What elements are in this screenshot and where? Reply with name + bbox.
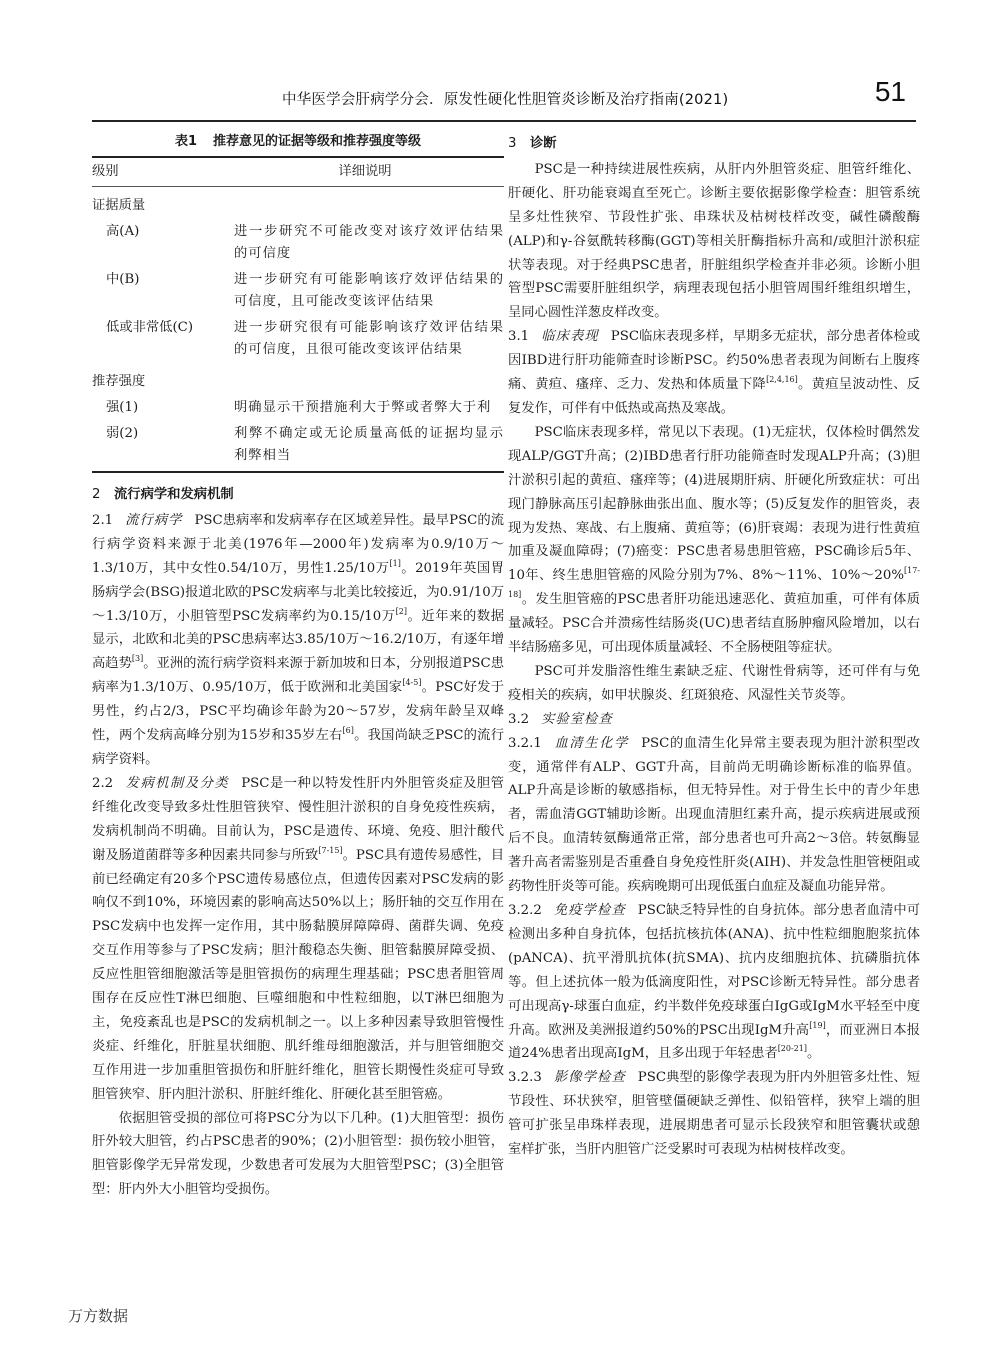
paragraph-classification: 依据胆管受损的部位可将PSC分为以下几种。(1)大胆管型：损伤肝外较大胆管，约占…: [92, 1107, 504, 1203]
table-group-row: 证据质量: [92, 187, 504, 220]
group-recommendation-strength: 推荐强度: [92, 363, 504, 395]
paragraph-3-intro: PSC是一种持续进展性疾病，从肝内外胆管炎症、胆管纤维化、肝硬化、肝功能衰竭直至…: [508, 158, 920, 325]
table-caption: 表1推荐意见的证据等级和推荐强度等级: [92, 132, 504, 152]
citation: [1]: [389, 559, 400, 568]
paragraph-3-1-symptoms: PSC临床表现多样，常见以下表现。(1)无症状，仅体检时偶然发现ALP/GGT升…: [508, 421, 920, 660]
page-number: 51: [875, 76, 906, 108]
section-heading-3: 3诊断: [508, 132, 920, 156]
level-cell: 强(1): [92, 395, 226, 421]
description-cell: 进一步研究有可能影响该疗效评估结果的可信度，且可能改变该评估结果: [226, 267, 504, 315]
level-cell: 低或非常低(C): [92, 315, 226, 363]
paragraph-3-2-3: 3.2.3影像学检查PSC典型的影像学表现为肝内外胆管多灶性、短节段性、环状狭窄…: [508, 1066, 920, 1162]
subheading-3-2: 3.2实验室检查: [508, 708, 920, 732]
citation: [3]: [132, 654, 143, 663]
citation: [20-21]: [778, 1044, 807, 1053]
table-number: 表1: [175, 134, 197, 149]
paragraph-2-1: 2.1流行病学PSC患病率和发病率存在区域差异性。最早PSC的流行病学资料来源于…: [92, 509, 504, 772]
watermark: 万方数据: [68, 1305, 128, 1326]
table-row: 强(1) 明确显示干预措施利大于弊或者弊大于利: [92, 395, 504, 421]
level-cell: 弱(2): [92, 421, 226, 472]
group-evidence-quality: 证据质量: [92, 187, 504, 220]
citation: [6]: [343, 726, 354, 735]
left-column: 表1推荐意见的证据等级和推荐强度等级 级别 详细说明 证据质量 高(A) 进一步…: [92, 132, 504, 1202]
section-heading-2: 2流行病学和发病机制: [92, 483, 504, 507]
description-cell: 进一步研究很有可能影响该疗效评估结果的可信度，且很可能改变该评估结果: [226, 315, 504, 363]
paragraph-2-2: 2.2发病机制及分类PSC是一种以特发性肝内外胆管炎症及胆管纤维化改变导致多灶性…: [92, 772, 504, 1107]
citation: [19]: [809, 1021, 825, 1030]
paragraph-3-2-1: 3.2.1血清生化学PSC的血清生化异常主要表现为胆汁淤积型改变，通常伴有ALP…: [508, 732, 920, 899]
table-row: 弱(2) 利弊不确定或无论质量高低的证据均显示利弊相当: [92, 421, 504, 472]
table-row: 高(A) 进一步研究不可能改变对该疗效评估结果的可信度: [92, 219, 504, 267]
table-row: 低或非常低(C) 进一步研究很有可能影响该疗效评估结果的可信度，且很可能改变该评…: [92, 315, 504, 363]
citation: [2]: [396, 607, 407, 616]
paragraph-3-1-complications: PSC可并发脂溶性维生素缺乏症、代谢性骨病等，还可伴有与免疫相关的疾病，如甲状腺…: [508, 660, 920, 708]
running-title: 中华医学会肝病学分会．原发性硬化性胆管炎诊断及治疗指南(2021): [282, 88, 728, 109]
description-cell: 利弊不确定或无论质量高低的证据均显示利弊相当: [226, 421, 504, 472]
table-row: 中(B) 进一步研究有可能影响该疗效评估结果的可信度，且可能改变该评估结果: [92, 267, 504, 315]
table-group-row: 推荐强度: [92, 363, 504, 395]
column-header-description: 详细说明: [226, 157, 504, 187]
citation: [2,4,16]: [766, 375, 798, 384]
column-header-level: 级别: [92, 157, 226, 187]
level-cell: 高(A): [92, 219, 226, 267]
paragraph-3-1: 3.1临床表现PSC临床表现多样，早期多无症状，部分患者体检或因IBD进行肝功能…: [508, 325, 920, 421]
description-cell: 进一步研究不可能改变对该疗效评估结果的可信度: [226, 219, 504, 267]
level-cell: 中(B): [92, 267, 226, 315]
citation: [7-15]: [318, 846, 342, 855]
running-header: 中华医学会肝病学分会．原发性硬化性胆管炎诊断及治疗指南(2021) 51: [92, 80, 916, 122]
right-column: 3诊断 PSC是一种持续进展性疾病，从肝内外胆管炎症、胆管纤维化、肝硬化、肝功能…: [508, 132, 920, 1162]
evidence-grade-table: 级别 详细说明 证据质量 高(A) 进一步研究不可能改变对该疗效评估结果的可信度…: [92, 156, 504, 473]
citation: [4-5]: [402, 678, 421, 687]
table-title: 推荐意见的证据等级和推荐强度等级: [213, 134, 421, 149]
paragraph-3-2-2: 3.2.2免疫学检查PSC缺乏特异性的自身抗体。部分患者血清中可检测出多种自身抗…: [508, 899, 920, 1066]
table-header-row: 级别 详细说明: [92, 157, 504, 187]
description-cell: 明确显示干预措施利大于弊或者弊大于利: [226, 395, 504, 421]
